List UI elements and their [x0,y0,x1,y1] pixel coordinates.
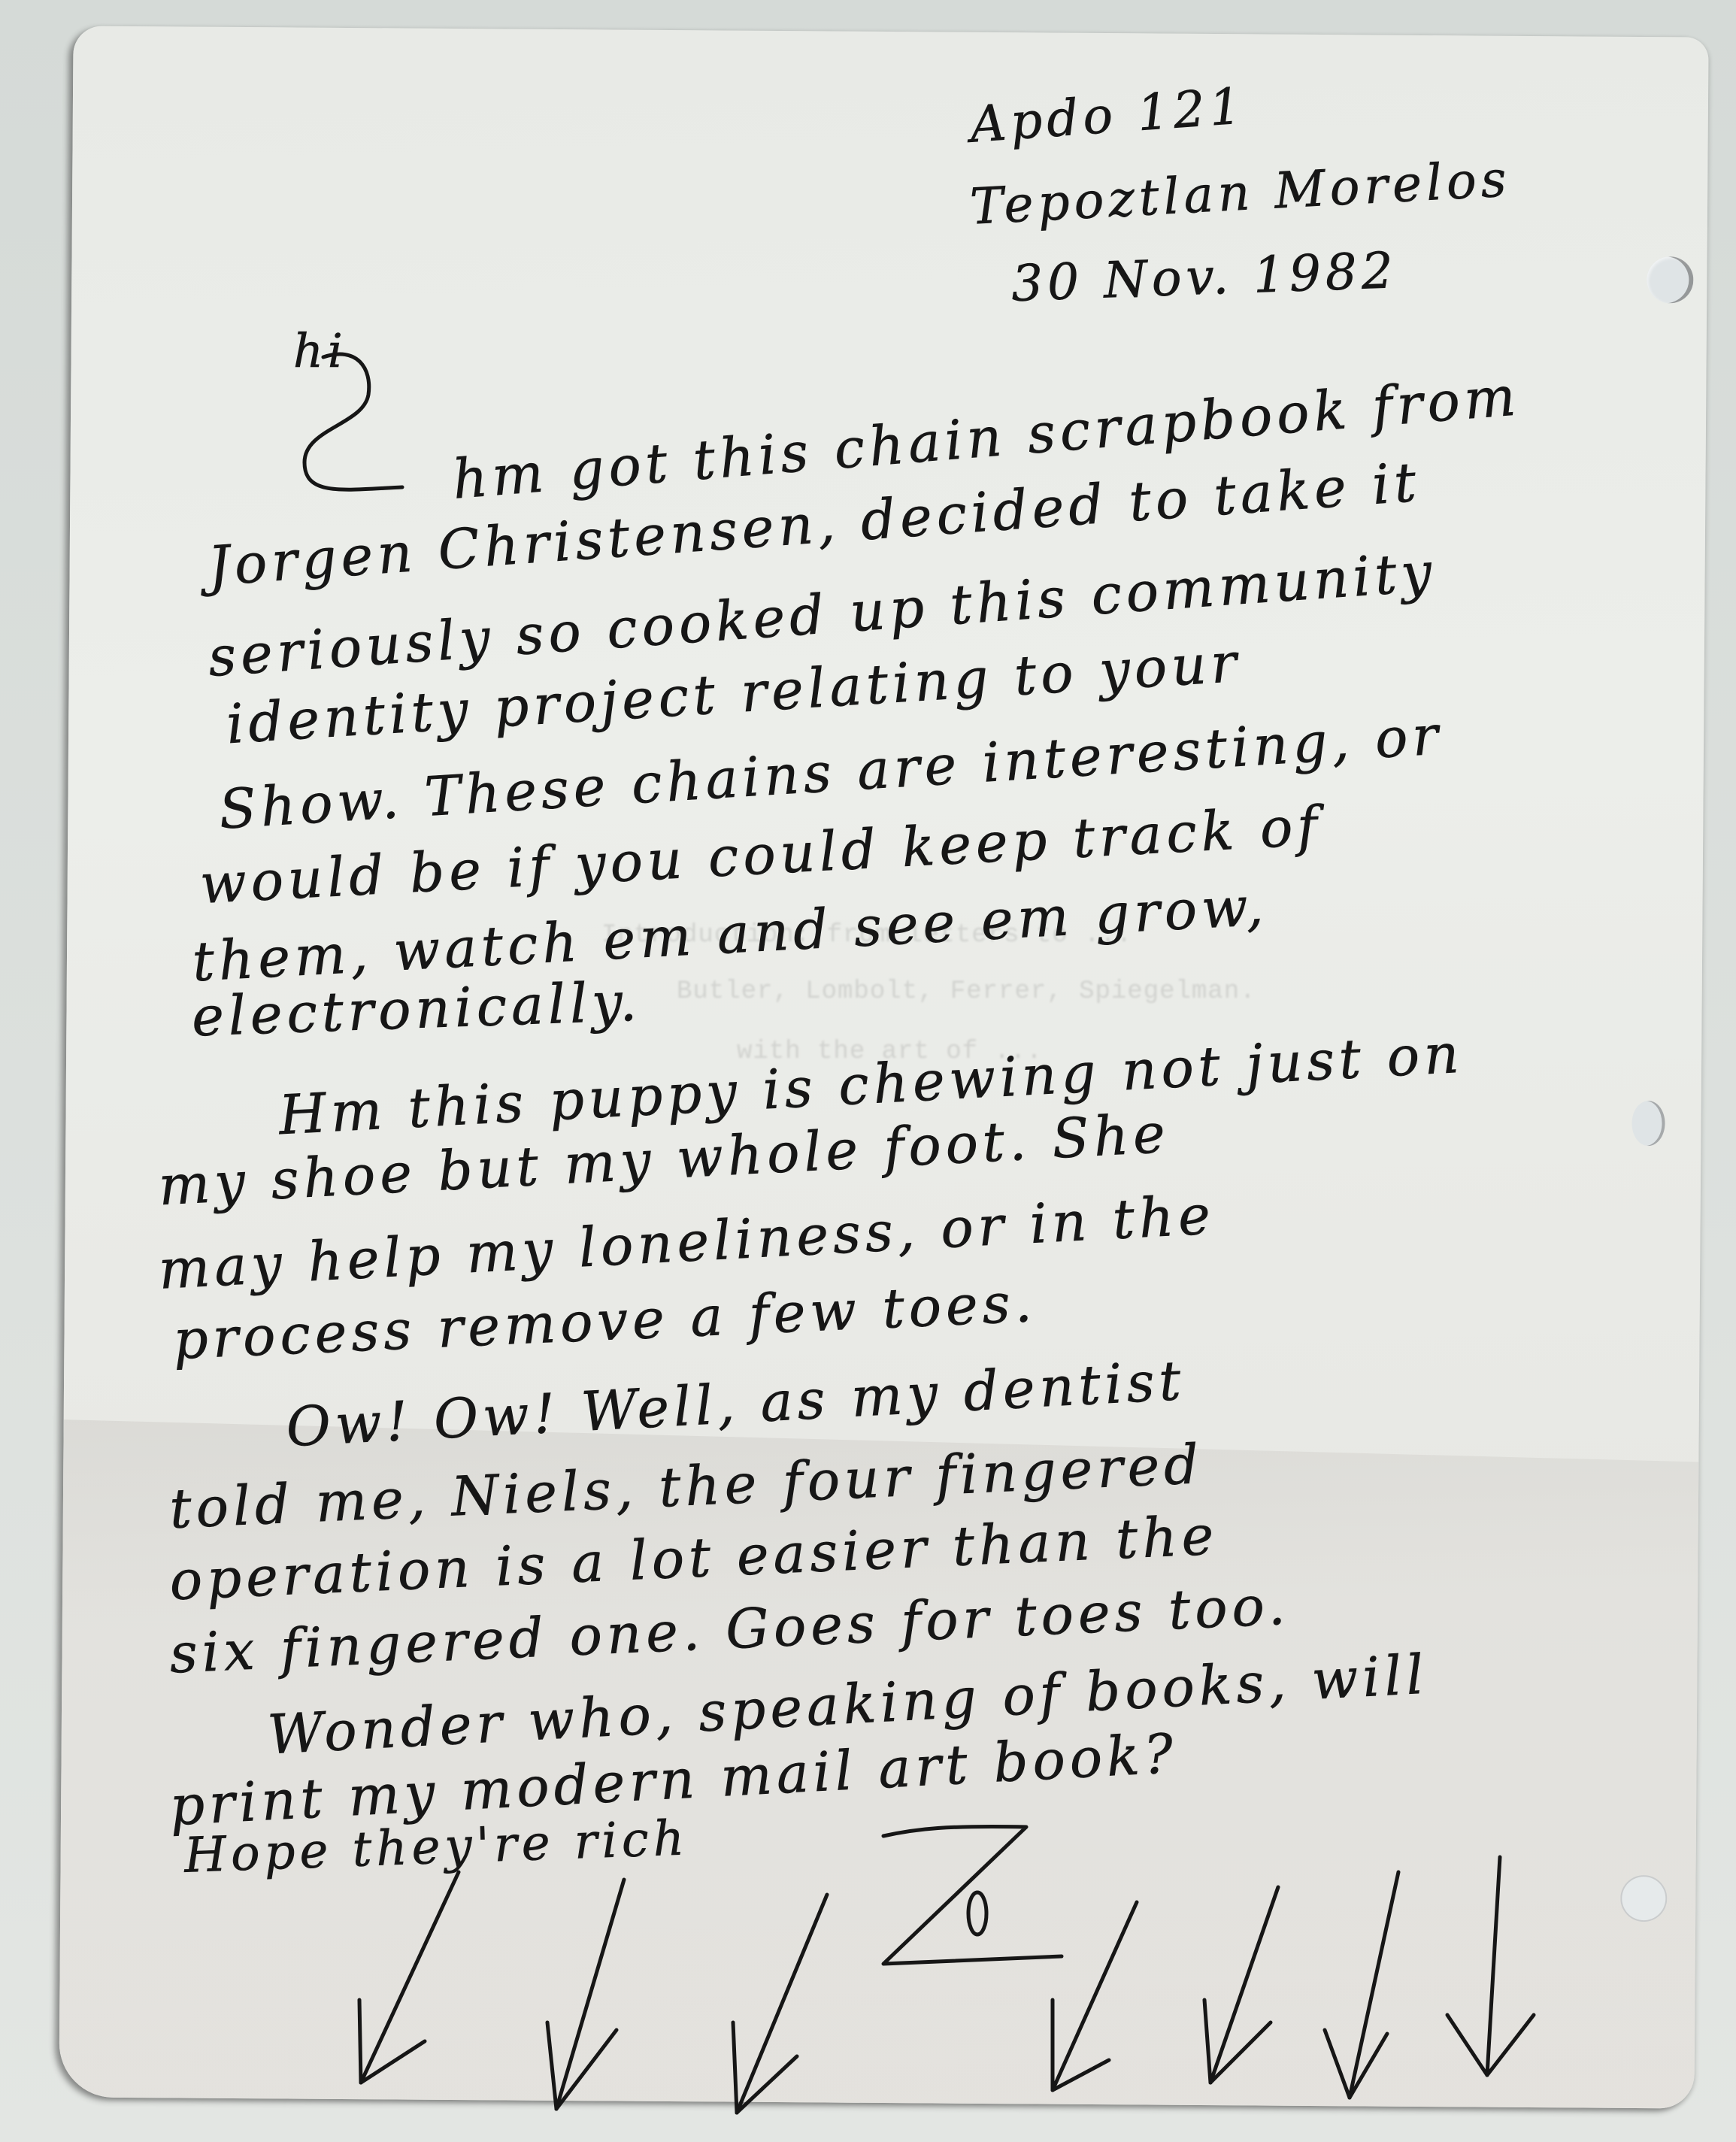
arrow-icon [547,1880,624,2109]
signature-drawing [0,0,1736,2142]
arrow-icon [733,1895,827,2113]
arrow-icon [1447,1857,1534,2075]
arrow-icon [359,1872,459,2083]
signature-z-icon [883,1827,1062,1965]
arrow-icon [1325,1872,1398,2098]
arrow-icon [1204,1887,1278,2083]
arrow-icon [1053,1902,1137,2090]
